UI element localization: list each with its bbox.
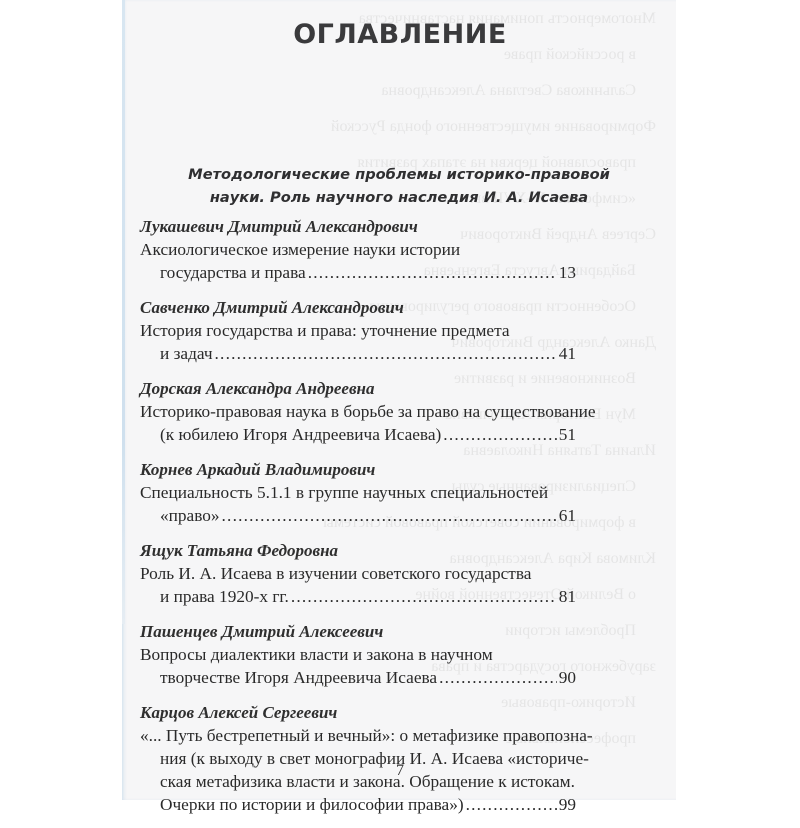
toc-entry-title-end: творчестве Игоря Андреевича Исаева: [160, 666, 437, 689]
toc-entry-title-line: «... Путь бестрепетный и вечный»: о мета…: [140, 724, 576, 747]
toc-entry-page-number[interactable]: 90: [559, 666, 576, 689]
toc-entry[interactable]: Корнев Аркадий ВладимировичСпециальность…: [140, 458, 576, 527]
toc-entry-title-end: (к юбилею Игоря Андреевича Исаева): [160, 423, 441, 446]
toc-entry[interactable]: Пашенцев Дмитрий АлексеевичВопросы диале…: [140, 620, 576, 689]
bleed-through-line: Сальникова Светлана Александровна: [381, 82, 636, 100]
toc-entry-last-line: Очерки по истории и философии права»)99: [140, 793, 576, 800]
section-heading-line: Методологические проблемы историко-право…: [122, 163, 676, 186]
toc-entry-title-line: Специальность 5.1.1 в группе научных спе…: [140, 481, 576, 504]
page-edge-shadow: [122, 0, 125, 624]
dot-leader: [291, 585, 557, 608]
dot-leader: [222, 504, 557, 527]
toc-entry-last-line: творчестве Игоря Андреевича Исаева90: [140, 666, 576, 689]
toc-entry-title-end: и задач: [160, 342, 213, 365]
page-title: ОГЛАВЛЕНИЕ: [0, 19, 800, 50]
toc-entry-author: Пашенцев Дмитрий Алексеевич: [140, 620, 576, 643]
toc-entry[interactable]: Карцов Алексей Сергеевич«... Путь бестре…: [140, 701, 576, 800]
toc-entry[interactable]: Лукашевич Дмитрий АлександровичАксиологи…: [140, 215, 576, 284]
toc-entry-title-line: Аксиологическое измерение науки истории: [140, 238, 576, 261]
toc-entry-title-line: Историко-правовая наука в борьбе за прав…: [140, 400, 576, 423]
toc-entry-title-line: Роль И. А. Исаева в изучении советского …: [140, 562, 576, 585]
toc-entry-page-number[interactable]: 13: [559, 261, 576, 284]
page-number: 7: [0, 762, 800, 780]
toc-entry-last-line: и права 1920-х гг.81: [140, 585, 576, 608]
toc-entry-author: Карцов Алексей Сергеевич: [140, 701, 576, 724]
toc-entry-last-line: «право»61: [140, 504, 576, 527]
toc-entry-page-number[interactable]: 41: [559, 342, 576, 365]
section-heading: Методологические проблемы историко-право…: [122, 163, 676, 209]
dot-leader: [439, 666, 557, 689]
toc-entry-last-line: государства и права13: [140, 261, 576, 284]
toc-entry[interactable]: Савченко Дмитрий АлександровичИстория го…: [140, 296, 576, 365]
toc-entry-page-number[interactable]: 81: [559, 585, 576, 608]
toc-entry-author: Ящук Татьяна Федоровна: [140, 539, 576, 562]
toc-entry-author: Лукашевич Дмитрий Александрович: [140, 215, 576, 238]
toc-entry-title-end: государства и права: [160, 261, 306, 284]
toc-entry-title-end: Очерки по истории и философии права»): [160, 793, 464, 800]
toc-entry-title-line: История государства и права: уточнение п…: [140, 319, 576, 342]
toc-entry-title-line: Вопросы диалектики власти и закона в нау…: [140, 643, 576, 666]
dot-leader: [215, 342, 557, 365]
bleed-through-line: Формирование имущественного фонда Русско…: [331, 118, 656, 136]
toc-entry-page-number[interactable]: 61: [559, 504, 576, 527]
toc-entry[interactable]: Дорская Александра АндреевнаИсторико-пра…: [140, 377, 576, 446]
toc-entry-last-line: (к юбилею Игоря Андреевича Исаева)51: [140, 423, 576, 446]
section-heading-line: науки. Роль научного наследия И. А. Исае…: [122, 186, 676, 209]
toc-entry-title-end: «право»: [160, 504, 220, 527]
toc-entry-page-number[interactable]: 99: [559, 793, 576, 800]
toc-entry-author: Корнев Аркадий Владимирович: [140, 458, 576, 481]
dot-leader: [443, 423, 556, 446]
table-of-contents: Лукашевич Дмитрий АлександровичАксиологи…: [140, 215, 576, 800]
toc-entry-page-number[interactable]: 51: [559, 423, 576, 446]
toc-entry-last-line: и задач41: [140, 342, 576, 365]
toc-entry-author: Дорская Александра Андреевна: [140, 377, 576, 400]
dot-leader: [308, 261, 557, 284]
toc-entry-author: Савченко Дмитрий Александрович: [140, 296, 576, 319]
dot-leader: [466, 793, 557, 800]
toc-entry-title-end: и права 1920-х гг.: [160, 585, 289, 608]
toc-entry[interactable]: Ящук Татьяна ФедоровнаРоль И. А. Исаева …: [140, 539, 576, 608]
